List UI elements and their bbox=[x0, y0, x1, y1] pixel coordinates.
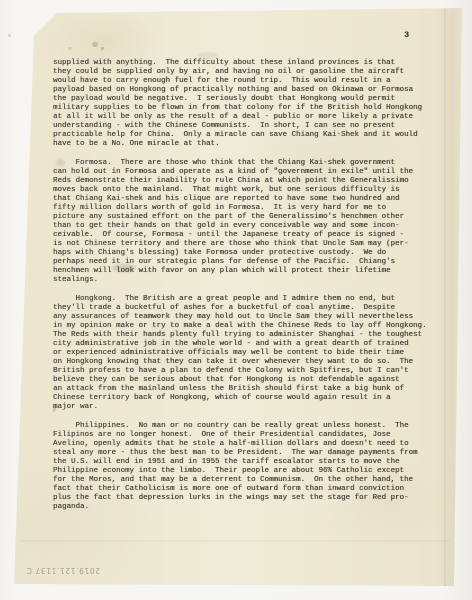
paragraph-formosa: Formosa. There are those who think that … bbox=[53, 159, 449, 285]
typewritten-text-block: supplied with anything. The difficulty a… bbox=[53, 59, 449, 522]
smudge-stain bbox=[198, 52, 218, 59]
rust-stain bbox=[68, 47, 72, 50]
document-page: 3 supplied with anything. The difficulty… bbox=[0, 0, 472, 600]
paragraph-hongkong: Hongkong. The British are a great people… bbox=[53, 295, 449, 412]
page-number: 3 bbox=[404, 30, 409, 40]
accession-number-annotation: 2019.121.1137 C bbox=[16, 566, 100, 575]
rust-stain bbox=[92, 42, 98, 47]
paragraph-philippines: Philippines. No man or no country can be… bbox=[53, 422, 449, 512]
paper-crease bbox=[20, 540, 450, 542]
rust-stain bbox=[101, 47, 104, 50]
scan-background: 3 supplied with anything. The difficulty… bbox=[0, 0, 472, 600]
paragraph-china-aid-continuation: supplied with anything. The difficulty a… bbox=[53, 59, 449, 149]
red-speck-stain bbox=[8, 34, 11, 37]
